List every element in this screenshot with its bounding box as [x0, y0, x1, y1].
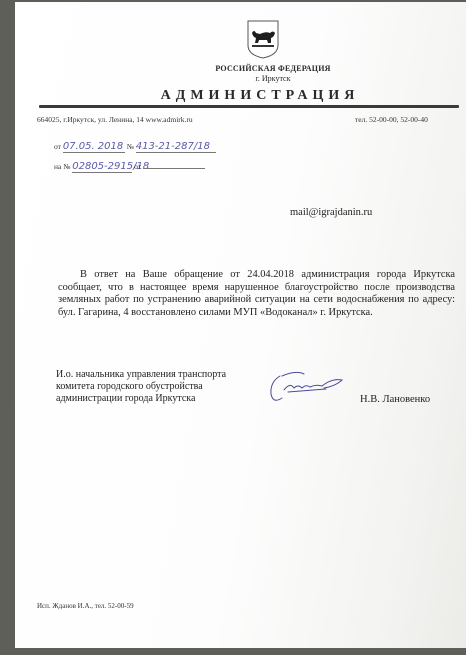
organization-title: АДМИНИСТРАЦИЯ	[145, 88, 375, 104]
irkutsk-coat-of-arms-icon	[246, 19, 280, 59]
signatory-position: И.о. начальника управления транспорта ко…	[56, 369, 226, 405]
letterhead-divider	[39, 105, 459, 108]
incoming-number: 02805-2915/18	[72, 161, 132, 173]
from-label: от	[54, 142, 61, 151]
position-line-3: администрации города Иркутска	[56, 393, 226, 405]
outgoing-reference: от 07.05. 2018 № 413-21-287/18	[54, 141, 216, 153]
executor-info: Исп. Жданов И.А., тел. 52-00-59	[37, 602, 134, 610]
federation-label: РОССИЙСКАЯ ФЕДЕРАЦИЯ	[198, 64, 348, 73]
organization-phone: тел. 52-00-00, 52-00-40	[355, 115, 428, 124]
organization-address: 664025, г.Иркутск, ул. Ленина, 14 www.ad…	[37, 115, 193, 124]
number-label: №	[127, 142, 134, 151]
reply-label: на №	[54, 162, 70, 171]
handwritten-signature-icon	[266, 368, 346, 408]
letter-body: В ответ на Ваше обращение от 24.04.2018 …	[58, 269, 455, 319]
position-line-2: комитета городского обустройства	[56, 381, 226, 393]
incoming-date	[143, 157, 205, 169]
letter-page: РОССИЙСКАЯ ФЕДЕРАЦИЯ г. Иркутск АДМИНИСТ…	[15, 2, 466, 648]
incoming-reference: на № 02805-2915/18 от	[54, 157, 205, 173]
body-paragraph: В ответ на Ваше обращение от 24.04.2018 …	[58, 269, 455, 319]
city-label: г. Иркутск	[198, 74, 348, 83]
recipient-email: mail@igrajdanin.ru	[290, 207, 372, 218]
reply-from-label: от	[134, 162, 141, 171]
position-line-1: И.о. начальника управления транспорта	[56, 369, 226, 381]
outgoing-date: 07.05. 2018	[63, 141, 125, 153]
outgoing-number: 413-21-287/18	[136, 141, 216, 153]
signatory-name: Н.В. Лановенко	[360, 394, 430, 405]
